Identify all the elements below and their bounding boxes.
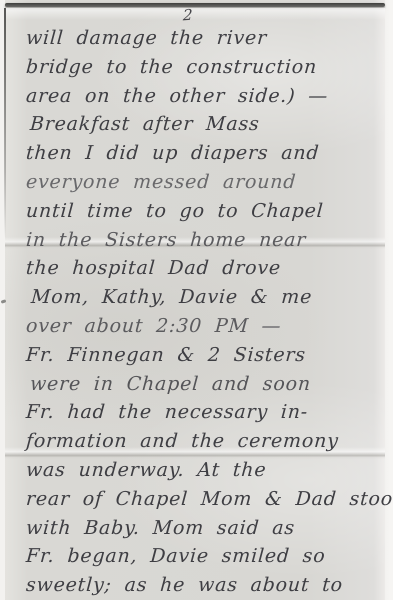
- handwritten-line: the hospital Dad drove: [25, 254, 377, 283]
- handwritten-line: then I did up diapers and: [25, 139, 377, 168]
- handwritten-line: Fr. Finnegan & 2 Sisters: [25, 341, 377, 370]
- handwritten-line: were in Chapel and soon: [29, 370, 377, 399]
- handwritten-line: was underway. At the: [25, 456, 377, 485]
- handwritten-line: everyone messed around: [25, 168, 377, 197]
- handwritten-line: over about 2:30 PM —: [25, 312, 377, 341]
- page-number: 2: [183, 6, 193, 25]
- handwritten-line: will damage the river: [25, 24, 377, 53]
- handwritten-line: bridge to the construction: [25, 53, 377, 82]
- handwritten-line: Breakfast after Mass: [29, 110, 377, 139]
- handwritten-line: with Baby. Mom said as: [25, 514, 377, 543]
- handwritten-line: area on the other side.) —: [25, 82, 377, 111]
- handwritten-line: formation and the ceremony: [25, 427, 377, 456]
- handwritten-line: Fr. began, Davie smiled so: [25, 542, 377, 571]
- letter-body: will damage the river bridge to the cons…: [26, 24, 376, 600]
- handwritten-line: rear of Chapel Mom & Dad stood: [25, 485, 377, 514]
- handwritten-letter-photo: 2 will damage the river bridge to the co…: [0, 0, 393, 600]
- handwritten-line: until time to go to Chapel: [25, 197, 377, 226]
- handwritten-line: in the Sisters home near: [25, 226, 377, 255]
- paper-left-edge: [4, 8, 6, 238]
- handwritten-line: Fr. had the necessary in-: [25, 398, 377, 427]
- handwritten-line: sweetly; as he was about to: [25, 571, 377, 600]
- handwritten-line: Mom, Kathy, Davie & me: [30, 283, 377, 312]
- scan-top-shadow: [5, 3, 385, 7]
- paper-top-highlight: [5, 8, 385, 20]
- paper-right-edge: [385, 0, 393, 600]
